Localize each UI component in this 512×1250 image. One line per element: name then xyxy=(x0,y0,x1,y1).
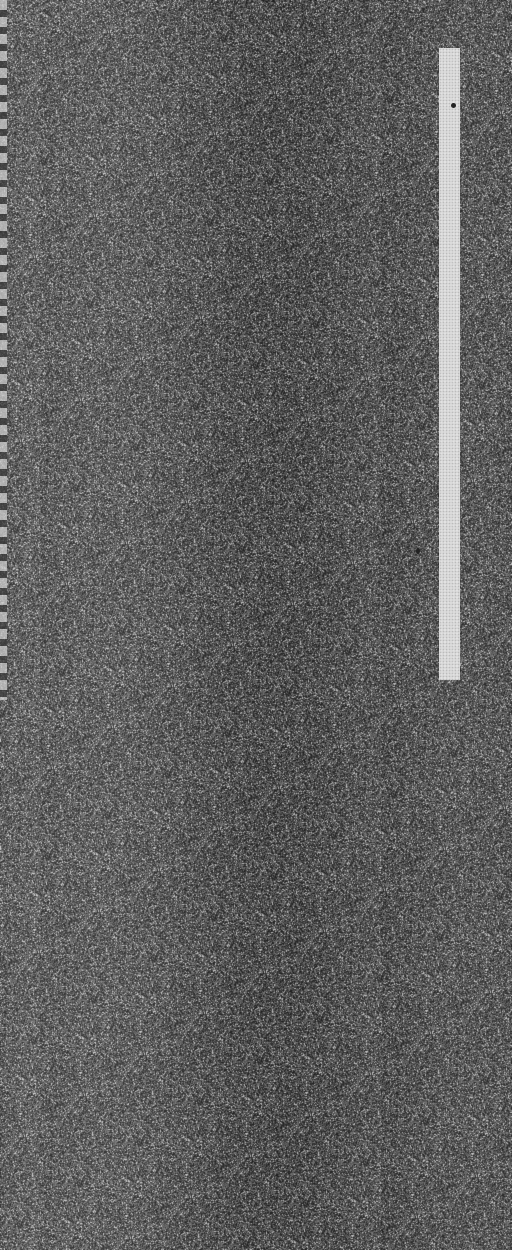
asphalt-road-surface xyxy=(0,0,512,1250)
white-lane-marking xyxy=(439,48,460,680)
left-edge-dashes xyxy=(0,0,7,700)
asphalt-texture xyxy=(0,0,512,1250)
dirt-speck xyxy=(416,548,420,554)
dirt-speck xyxy=(451,103,456,108)
